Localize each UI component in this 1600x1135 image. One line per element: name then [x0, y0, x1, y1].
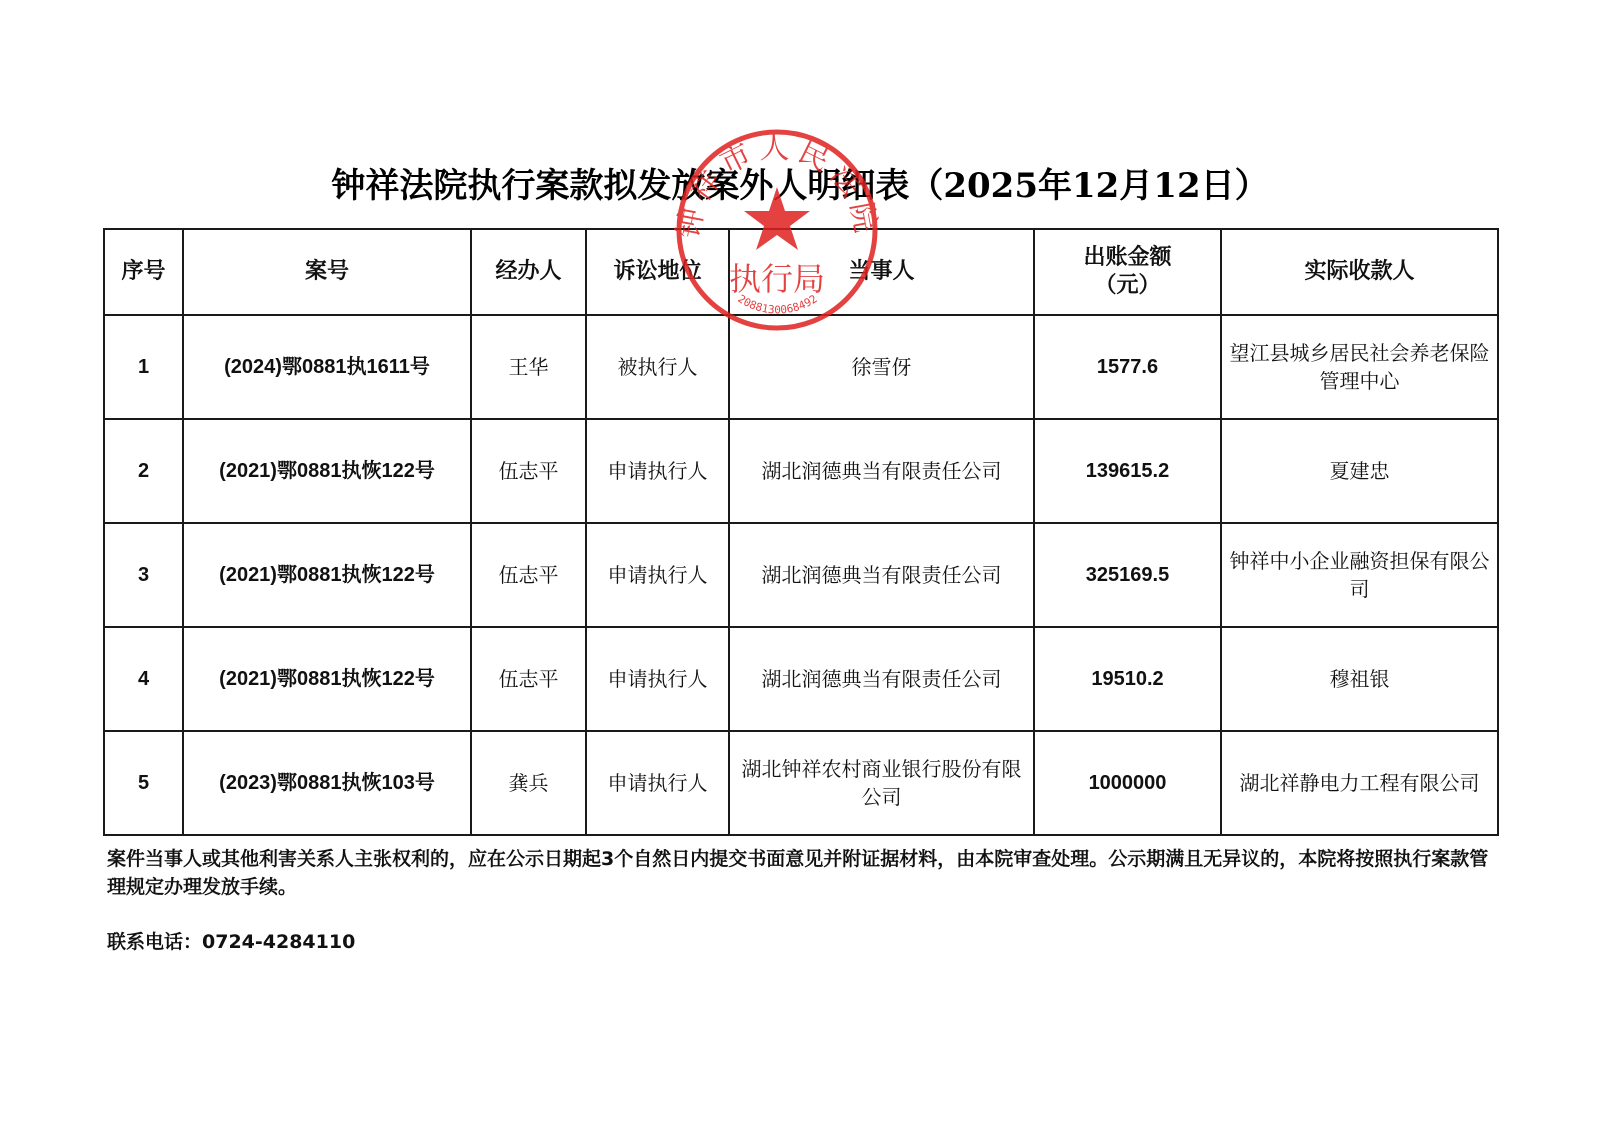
cell-handler: 龚兵 — [471, 731, 586, 835]
cell-party: 湖北润德典当有限责任公司 — [729, 523, 1034, 627]
cell-no: 5 — [104, 731, 183, 835]
header-handler: 经办人 — [471, 229, 586, 315]
cell-status: 被执行人 — [586, 315, 729, 419]
cell-amount: 325169.5 — [1034, 523, 1221, 627]
table-row: 3 (2021)鄂0881执恢122号 伍志平 申请执行人 湖北润德典当有限责任… — [104, 523, 1498, 627]
cell-handler: 王华 — [471, 315, 586, 419]
cell-handler: 伍志平 — [471, 627, 586, 731]
header-no: 序号 — [104, 229, 183, 315]
cell-no: 1 — [104, 315, 183, 419]
cell-status: 申请执行人 — [586, 419, 729, 523]
table-row: 4 (2021)鄂0881执恢122号 伍志平 申请执行人 湖北润德典当有限责任… — [104, 627, 1498, 731]
contact-phone: 联系电话：0724-4284110 — [107, 927, 355, 954]
cell-party: 湖北钟祥农村商业银行股份有限公司 — [729, 731, 1034, 835]
cell-party: 徐雪伢 — [729, 315, 1034, 419]
cell-status: 申请执行人 — [586, 523, 729, 627]
cell-status: 申请执行人 — [586, 731, 729, 835]
header-case-no: 案号 — [183, 229, 471, 315]
cell-payee: 湖北祥静电力工程有限公司 — [1221, 731, 1498, 835]
payout-detail-table: 序号 案号 经办人 诉讼地位 当事人 出账金额 （元） 实际收款人 1 (202… — [103, 228, 1499, 836]
cell-amount: 1000000 — [1034, 731, 1221, 835]
cell-handler: 伍志平 — [471, 419, 586, 523]
cell-amount: 139615.2 — [1034, 419, 1221, 523]
table-row: 2 (2021)鄂0881执恢122号 伍志平 申请执行人 湖北润德典当有限责任… — [104, 419, 1498, 523]
cell-amount: 1577.6 — [1034, 315, 1221, 419]
header-amount-line2: （元） — [1041, 272, 1214, 300]
document-title: 钟祥法院执行案款拟发放案外人明细表（2025年12月12日） — [0, 158, 1600, 207]
table-header-row: 序号 案号 经办人 诉讼地位 当事人 出账金额 （元） 实际收款人 — [104, 229, 1498, 315]
cell-payee: 望江县城乡居民社会养老保险管理中心 — [1221, 315, 1498, 419]
cell-case-no: (2021)鄂0881执恢122号 — [183, 523, 471, 627]
cell-payee: 穆祖银 — [1221, 627, 1498, 731]
table-row: 1 (2024)鄂0881执1611号 王华 被执行人 徐雪伢 1577.6 望… — [104, 315, 1498, 419]
cell-payee: 钟祥中小企业融资担保有限公司 — [1221, 523, 1498, 627]
cell-no: 2 — [104, 419, 183, 523]
cell-amount: 19510.2 — [1034, 627, 1221, 731]
cell-no: 4 — [104, 627, 183, 731]
table-row: 5 (2023)鄂0881执恢103号 龚兵 申请执行人 湖北钟祥农村商业银行股… — [104, 731, 1498, 835]
header-status: 诉讼地位 — [586, 229, 729, 315]
header-amount-line1: 出账金额 — [1041, 244, 1214, 272]
cell-party: 湖北润德典当有限责任公司 — [729, 419, 1034, 523]
cell-case-no: (2021)鄂0881执恢122号 — [183, 627, 471, 731]
cell-status: 申请执行人 — [586, 627, 729, 731]
header-amount: 出账金额 （元） — [1034, 229, 1221, 315]
header-payee: 实际收款人 — [1221, 229, 1498, 315]
cell-payee: 夏建忠 — [1221, 419, 1498, 523]
cell-case-no: (2021)鄂0881执恢122号 — [183, 419, 471, 523]
header-party: 当事人 — [729, 229, 1034, 315]
cell-case-no: (2024)鄂0881执1611号 — [183, 315, 471, 419]
cell-case-no: (2023)鄂0881执恢103号 — [183, 731, 471, 835]
cell-handler: 伍志平 — [471, 523, 586, 627]
cell-no: 3 — [104, 523, 183, 627]
cell-party: 湖北润德典当有限责任公司 — [729, 627, 1034, 731]
notice-paragraph: 案件当事人或其他利害关系人主张权利的，应在公示日期起3个自然日内提交书面意见并附… — [107, 845, 1497, 901]
